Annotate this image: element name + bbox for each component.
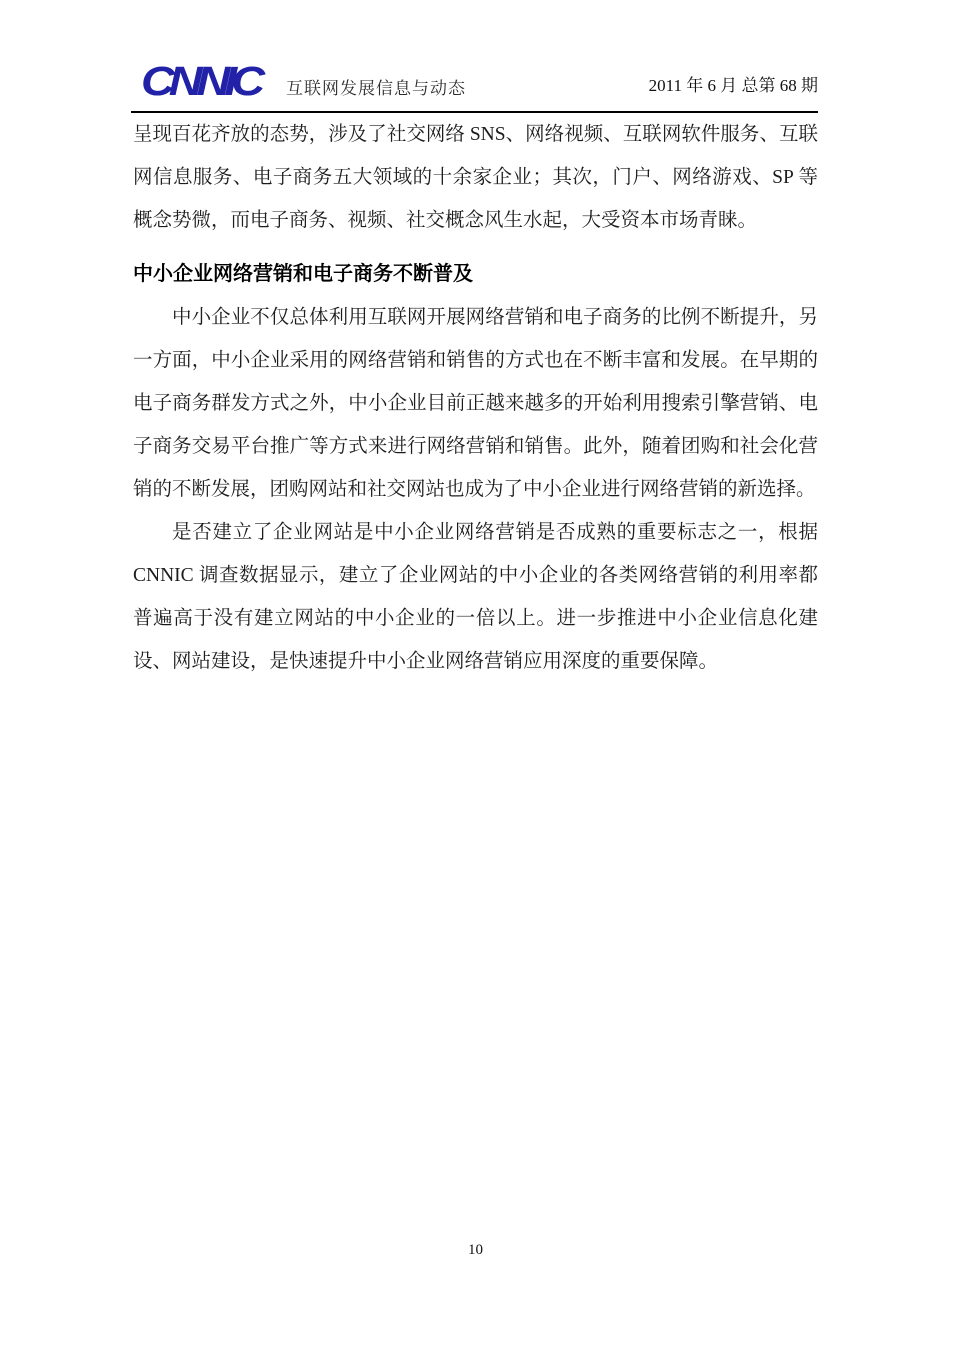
page-number: 10 <box>133 1240 818 1260</box>
issue-info: 2011 年 6 月 总第 68 期 <box>649 76 818 96</box>
cnnic-logo-wordmark: CNNIC <box>141 63 259 100</box>
paragraph-3: 是否建立了企业网站是中小企业网络营销是否成熟的重要标志之一，根据 CNNIC 调… <box>133 511 818 683</box>
cnnic-logo: CNNIC <box>141 60 257 102</box>
paragraph-1: 呈现百花齐放的态势，涉及了社交网络 SNS、网络视频、互联网软件服务、互联网信息… <box>133 113 818 242</box>
document-body: 呈现百花齐放的态势，涉及了社交网络 SNS、网络视频、互联网软件服务、互联网信息… <box>133 113 818 683</box>
document-page: CNNIC 互联网发展信息与动态 2011 年 6 月 总第 68 期 呈现百花… <box>0 0 959 1356</box>
publication-title: 互联网发展信息与动态 <box>286 79 466 99</box>
section-heading: 中小企业网络营销和电子商务不断普及 <box>133 253 818 296</box>
paragraph-2: 中小企业不仅总体利用互联网开展网络营销和电子商务的比例不断提升，另一方面，中小企… <box>133 296 818 511</box>
